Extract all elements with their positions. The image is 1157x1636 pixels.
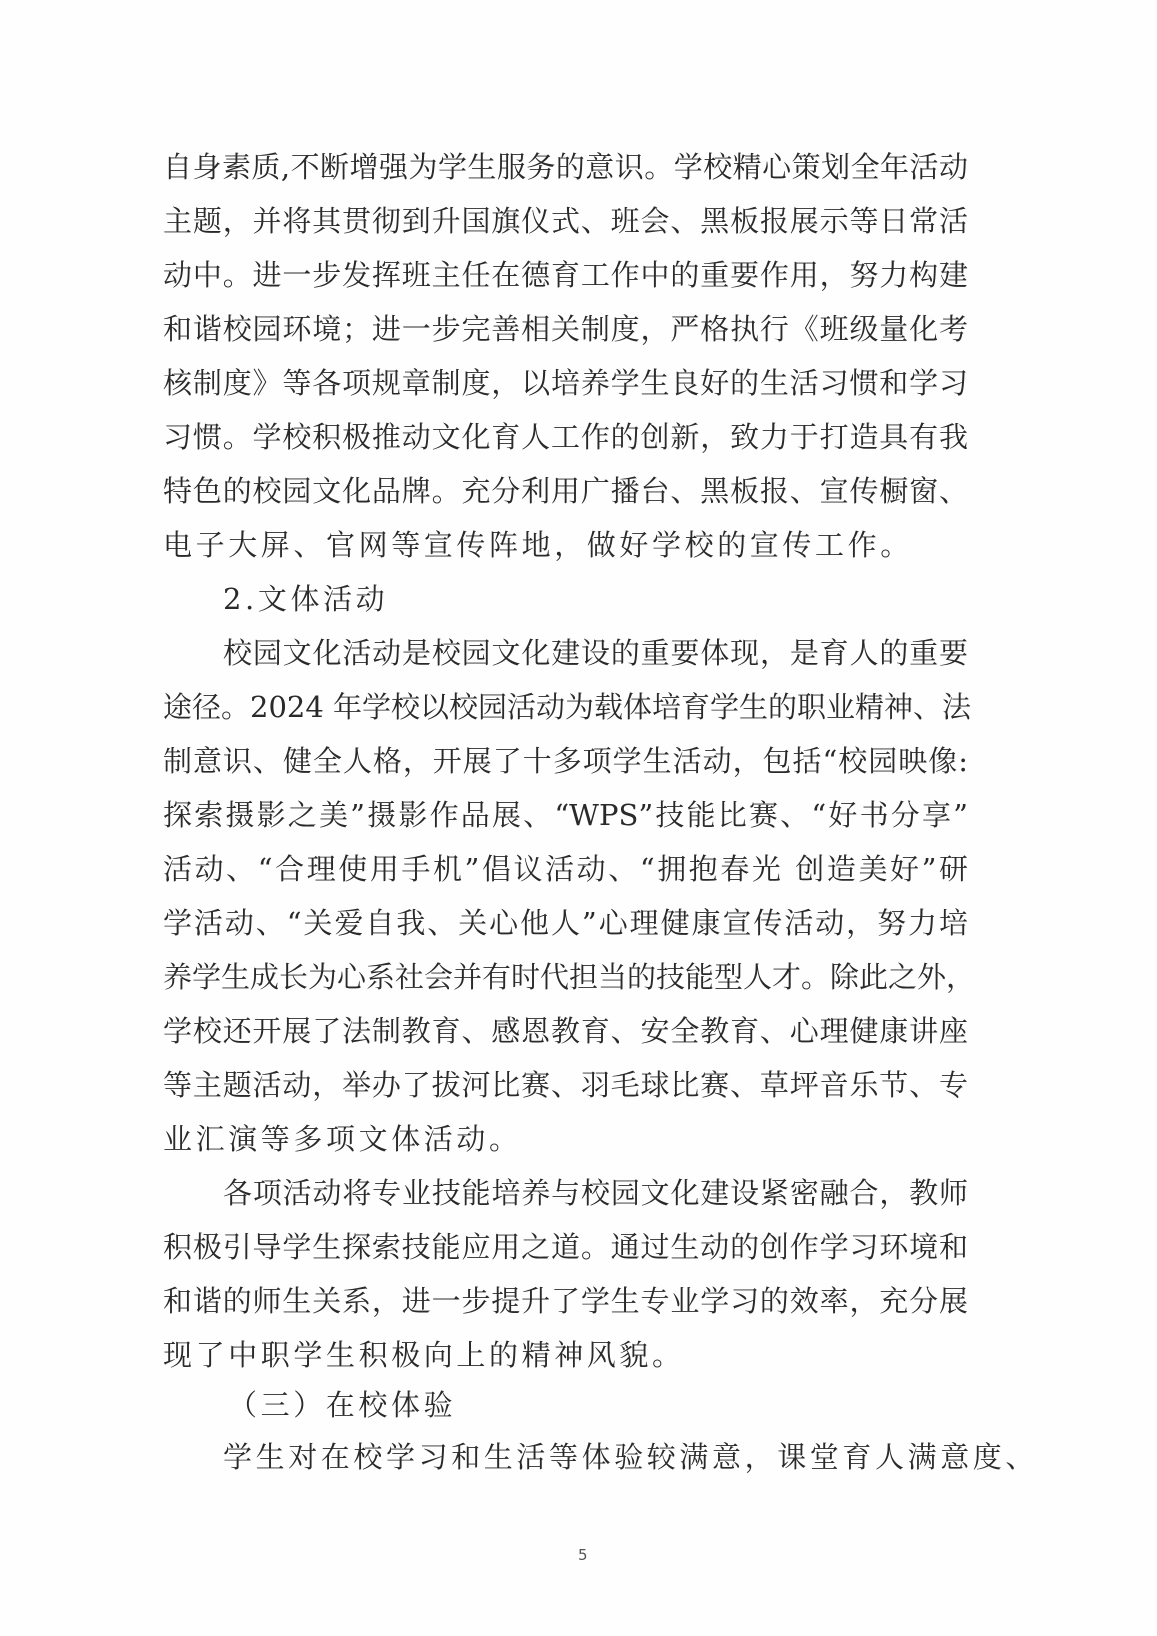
paragraph-line: 和谐校园环境；进一步完善相关制度，严格执行《班级量化考 xyxy=(163,309,968,349)
paragraph-line: 学校还开展了法制教育、感恩教育、安全教育、心理健康讲座 xyxy=(163,1011,968,1051)
paragraph-line: 各项活动将专业技能培养与校园文化建设紧密融合，教师 xyxy=(223,1173,968,1213)
paragraph-line: 电子大屏、官网等宣传阵地，做好学校的宣传工作。 xyxy=(163,525,913,565)
paragraph-line: 业汇演等多项文体活动。 xyxy=(163,1119,522,1159)
paragraph-line: 等主题活动，举办了拔河比赛、羽毛球比赛、草坪音乐节、专 xyxy=(163,1065,968,1105)
paragraph-line: 动中。进一步发挥班主任在德育工作中的重要作用，努力构建 xyxy=(163,255,968,295)
paragraph-line: 活动、“合理使用手机”倡议活动、“拥抱春光 创造美好”研 xyxy=(163,849,968,889)
paragraph-line: 探索摄影之美”摄影作品展、“WPS”技能比赛、“好书分享” xyxy=(163,795,968,835)
section-heading-school-experience: （三）在校体验 xyxy=(228,1385,456,1425)
section-heading-cultural-sports: 2.文体活动 xyxy=(223,579,388,619)
paragraph-line: 学活动、“关爱自我、关心他人”心理健康宣传活动，努力培 xyxy=(163,903,968,943)
paragraph-line: 特色的校园文化品牌。充分利用广播台、黑板报、宣传橱窗、 xyxy=(163,471,968,511)
paragraph-line: 习惯。学校积极推动文化育人工作的创新，致力于打造具有我 xyxy=(163,417,968,457)
paragraph-line: 学生对在校学习和生活等体验较满意，课堂育人满意度、 xyxy=(223,1437,1038,1477)
paragraph-line: 现了中职学生积极向上的精神风貌。 xyxy=(163,1335,685,1375)
paragraph-line: 主题，并将其贯彻到升国旗仪式、班会、黑板报展示等日常活 xyxy=(163,201,968,241)
paragraph-line: 校园文化活动是校园文化建设的重要体现，是育人的重要 xyxy=(223,633,968,673)
paragraph-line: 制意识、健全人格，开展了十多项学生活动，包括“校园映像: xyxy=(163,741,968,781)
paragraph-line: 核制度》等各项规章制度，以培养学生良好的生活习惯和学习 xyxy=(163,363,968,403)
page-number: 5 xyxy=(578,1546,588,1564)
paragraph-line: 养学生成长为心系社会并有时代担当的技能型人才。除此之外， xyxy=(163,957,968,997)
paragraph-line: 和谐的师生关系，进一步提升了学生专业学习的效率，充分展 xyxy=(163,1281,968,1321)
paragraph-line: 自身素质,不断增强为学生服务的意识。学校精心策划全年活动 xyxy=(163,147,968,187)
paragraph-line: 途径。2024 年学校以校园活动为载体培育学生的职业精神、法 xyxy=(163,687,968,727)
paragraph-line: 积极引导学生探索技能应用之道。通过生动的创作学习环境和 xyxy=(163,1227,968,1267)
document-page: 自身素质,不断增强为学生服务的意识。学校精心策划全年活动 主题，并将其贯彻到升国… xyxy=(0,0,1157,1636)
